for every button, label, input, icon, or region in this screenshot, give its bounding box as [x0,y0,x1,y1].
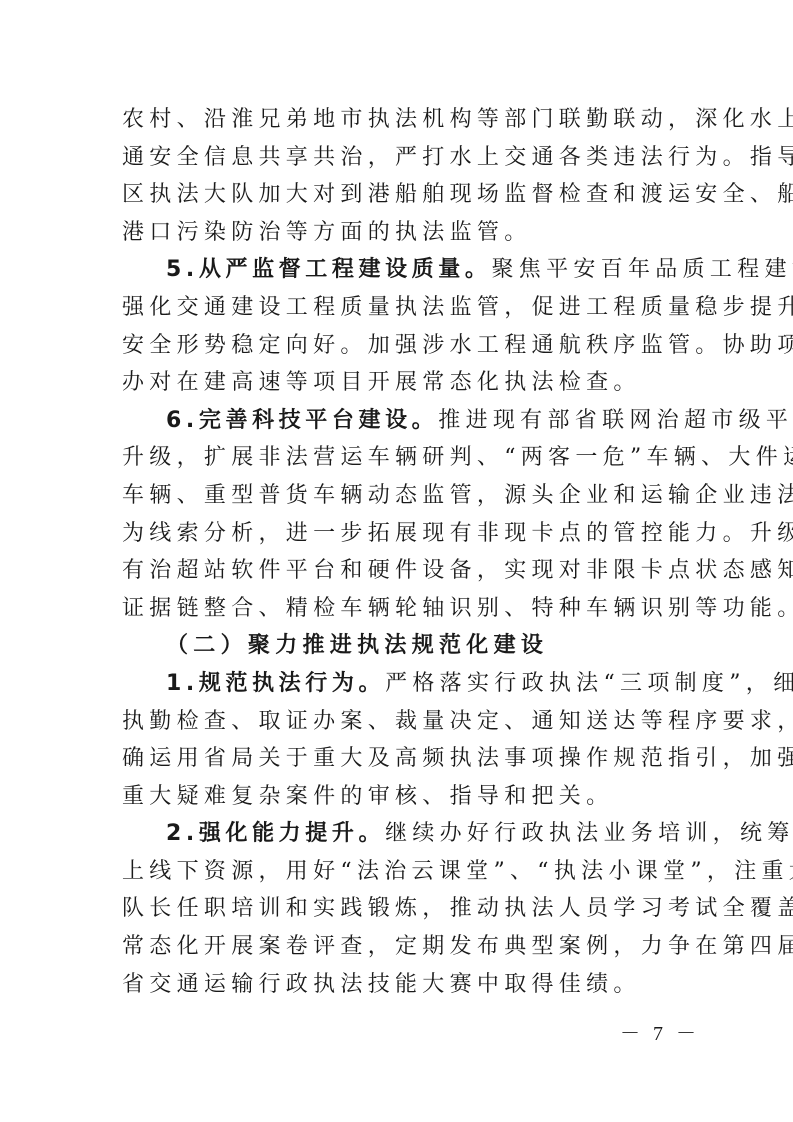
paragraph-item-6: 6.完善科技平台建设。推进现有部省联网治超市级平台 升级，扩展非法营运车辆研判、… [122,402,676,628]
text-line: 港口污染防治等方面的执法监管。 [122,214,676,252]
document-body: 农村、沿淮兄弟地市执法机构等部门联勤联动，深化水上交 通安全信息共享共治，严打水… [122,101,676,1003]
text-line: 重大疑难复杂案件的审核、指导和把关。 [122,778,676,816]
text-line: 有治超站软件平台和硬件设备，实现对非限卡点状态感知、 [122,552,676,590]
text-line: 6.完善科技平台建设。推进现有部省联网治超市级平台 [122,402,676,440]
text-line: 为线索分析，进一步拓展现有非现卡点的管控能力。升级现 [122,515,676,553]
text-line: 执勤检查、取证办案、裁量决定、通知送达等程序要求，准 [122,703,676,741]
text-line: 5.从严监督工程建设质量。聚焦平安百年品质工程建设， [122,251,676,289]
item-title: 6.完善科技平台建设。 [166,408,438,433]
text-line: 区执法大队加大对到港船舶现场监督检查和渡运安全、船舶 [122,176,676,214]
document-page: 农村、沿淮兄弟地市执法机构等部门联勤联动，深化水上交 通安全信息共享共治，严打水… [0,0,793,1122]
text-line: 队长任职培训和实践锻炼，推动执法人员学习考试全覆盖， [122,890,676,928]
text-line: 办对在建高速等项目开展常态化执法检查。 [122,364,676,402]
item-text: 推进现有部省联网治超市级平台 [438,408,793,433]
section-heading: （二）聚力推进执法规范化建设 [122,627,676,665]
item-text: 严格落实行政执法“三项制度”，细化 [385,671,793,696]
text-line: 通安全信息共享共治，严打水上交通各类违法行为。指导县 [122,139,676,177]
text-line: 强化交通建设工程质量执法监管，促进工程质量稳步提升， [122,289,676,327]
item-title: 5.从严监督工程建设质量。 [166,257,491,282]
text-line: 1.规范执法行为。严格落实行政执法“三项制度”，细化 [122,665,676,703]
text-line: 上线下资源，用好“法治云课堂”、“执法小课堂”，注重大（中） [122,853,676,891]
text-line: 2.强化能力提升。继续办好行政执法业务培训，统筹线 [122,815,676,853]
paragraph-item-1: 1.规范执法行为。严格落实行政执法“三项制度”，细化 执勤检查、取证办案、裁量决… [122,665,676,815]
text-line: 省交通运输行政执法技能大赛中取得佳绩。 [122,966,676,1004]
text-line: 确运用省局关于重大及高频执法事项操作规范指引，加强对 [122,740,676,778]
text-line: 证据链整合、精检车辆轮轴识别、特种车辆识别等功能。 [122,590,676,628]
item-title: 1.规范执法行为。 [166,671,385,696]
item-text: 聚焦平安百年品质工程建设， [491,257,793,282]
text-line: 常态化开展案卷评查，定期发布典型案例，力争在第四届全 [122,928,676,966]
item-title: 2.强化能力提升。 [166,821,385,846]
text-line: 升级，扩展非法营运车辆研判、“两客一危”车辆、大件运输 [122,439,676,477]
paragraph-item-2: 2.强化能力提升。继续办好行政执法业务培训，统筹线 上线下资源，用好“法治云课堂… [122,815,676,1003]
paragraph-item-5: 5.从严监督工程建设质量。聚焦平安百年品质工程建设， 强化交通建设工程质量执法监… [122,251,676,401]
text-line: 农村、沿淮兄弟地市执法机构等部门联勤联动，深化水上交 [122,101,676,139]
section-heading-text: （二）聚力推进执法规范化建设 [122,627,676,665]
text-line: 安全形势稳定向好。加强涉水工程通航秩序监管。协助项目 [122,327,676,365]
paragraph-water-traffic: 农村、沿淮兄弟地市执法机构等部门联勤联动，深化水上交 通安全信息共享共治，严打水… [122,101,676,251]
page-number: － 7 － [620,1017,700,1046]
item-text: 继续办好行政执法业务培训，统筹线 [385,821,793,846]
text-line: 车辆、重型普货车辆动态监管，源头企业和运输企业违法行 [122,477,676,515]
